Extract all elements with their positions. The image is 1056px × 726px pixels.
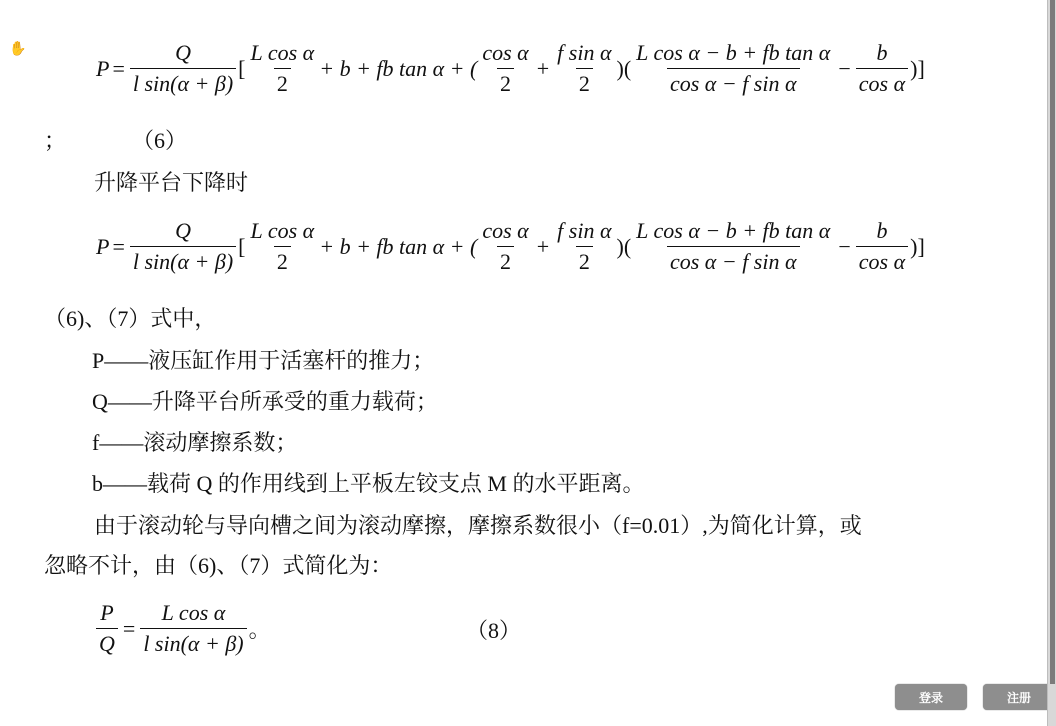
fraction-denominator: cos α − f sin α xyxy=(670,71,797,96)
eq-tail: )] xyxy=(910,234,925,260)
paragraph-line-1: 由于滚动轮与导向槽之间为滚动摩擦，摩擦系数很小（f=0.01）,为简化计算，或 xyxy=(94,513,862,539)
fraction: PQ xyxy=(96,600,118,657)
definition-p: P——液压缸作用于活塞杆的推力； xyxy=(92,348,434,374)
descending-heading: 升降平台下降时 xyxy=(94,170,248,196)
fraction-denominator: l sin(α + β) xyxy=(143,631,243,656)
fraction-numerator: Q xyxy=(175,40,191,65)
fraction-numerator: f sin α xyxy=(557,218,611,243)
fraction-denominator: 2 xyxy=(497,68,514,97)
scrollbar-thumb[interactable] xyxy=(1050,0,1055,684)
fraction: Ql sin(α + β) xyxy=(130,218,236,275)
eq-middle-terms: + b + fb tan α + ( xyxy=(319,56,477,82)
fraction-numerator: L cos α xyxy=(251,218,315,243)
vertical-scrollbar[interactable] xyxy=(1047,0,1056,726)
fraction: Ql sin(α + β) xyxy=(130,40,236,97)
where-intro: （6)、（7）式中， xyxy=(44,306,216,332)
fraction: L cos α − b + fb tan αcos α − f sin α xyxy=(633,40,833,97)
fraction-numerator: L cos α − b + fb tan α xyxy=(636,40,830,65)
eq-lhs: P xyxy=(96,234,109,260)
fraction: L cos α2 xyxy=(248,40,318,97)
document-page: ✋ P= Ql sin(α + β) [ L cos α2 + b + fb t… xyxy=(0,0,1046,726)
fraction-numerator: Q xyxy=(175,218,191,243)
fraction-numerator: L cos α xyxy=(251,40,315,65)
definition-f: f——滚动摩擦系数； xyxy=(92,430,297,456)
fraction-denominator: l sin(α + β) xyxy=(133,71,233,96)
eq-lhs: P xyxy=(96,56,109,82)
eq8-terminator: 。 xyxy=(249,613,271,644)
hand-cursor-icon: ✋ xyxy=(9,42,25,58)
fraction-denominator: l sin(α + β) xyxy=(133,249,233,274)
eq-tail: )] xyxy=(910,56,925,82)
equation-7: P= Ql sin(α + β) [ L cos α2 + b + fb tan… xyxy=(96,218,925,275)
fraction: cos α2 xyxy=(479,218,531,275)
fraction-numerator: cos α xyxy=(482,218,528,243)
fraction: bcos α xyxy=(856,40,908,97)
eq6-terminator: ； xyxy=(44,128,66,154)
fraction: bcos α xyxy=(856,218,908,275)
fraction-numerator: L cos α − b + fb tan α xyxy=(636,218,830,243)
fraction-numerator: L cos α xyxy=(162,600,226,625)
fraction-denominator: 2 xyxy=(576,68,593,97)
equation-6: P= Ql sin(α + β) [ L cos α2 + b + fb tan… xyxy=(96,40,925,97)
paragraph-line-2: 忽略不计，由（6)、（7）式简化为： xyxy=(44,553,392,579)
fraction: L cos α2 xyxy=(248,218,318,275)
definition-b: b——载荷 Q 的作用线到上平板左铰支点 M 的水平距离。 xyxy=(92,471,644,497)
equation-8: PQ = L cos αl sin(α + β) 。 xyxy=(94,600,271,657)
fraction-numerator: P xyxy=(100,600,113,625)
fraction-numerator: b xyxy=(876,218,887,243)
fraction-numerator: cos α xyxy=(482,40,528,65)
fraction: L cos α − b + fb tan αcos α − f sin α xyxy=(633,218,833,275)
fraction-denominator: 2 xyxy=(497,246,514,275)
fraction-denominator: 2 xyxy=(576,246,593,275)
fraction: f sin α2 xyxy=(554,218,614,275)
fraction-numerator: b xyxy=(876,40,887,65)
eq-middle-terms: + b + fb tan α + ( xyxy=(319,234,477,260)
fraction: cos α2 xyxy=(479,40,531,97)
eq8-label: （8） xyxy=(466,618,521,644)
fraction-denominator: Q xyxy=(99,631,115,656)
fraction: L cos αl sin(α + β) xyxy=(140,600,246,657)
fraction-denominator: 2 xyxy=(274,68,291,97)
fraction-numerator: f sin α xyxy=(557,40,611,65)
fraction-denominator: cos α xyxy=(859,71,905,96)
fraction-denominator: cos α − f sin α xyxy=(670,249,797,274)
register-button[interactable]: 注册 xyxy=(983,684,1055,710)
login-button[interactable]: 登录 xyxy=(895,684,967,710)
definition-q: Q——升降平台所承受的重力载荷； xyxy=(92,389,438,415)
eq6-label: （6） xyxy=(132,128,187,154)
fraction: f sin α2 xyxy=(554,40,614,97)
fraction-denominator: cos α xyxy=(859,249,905,274)
fraction-denominator: 2 xyxy=(274,246,291,275)
